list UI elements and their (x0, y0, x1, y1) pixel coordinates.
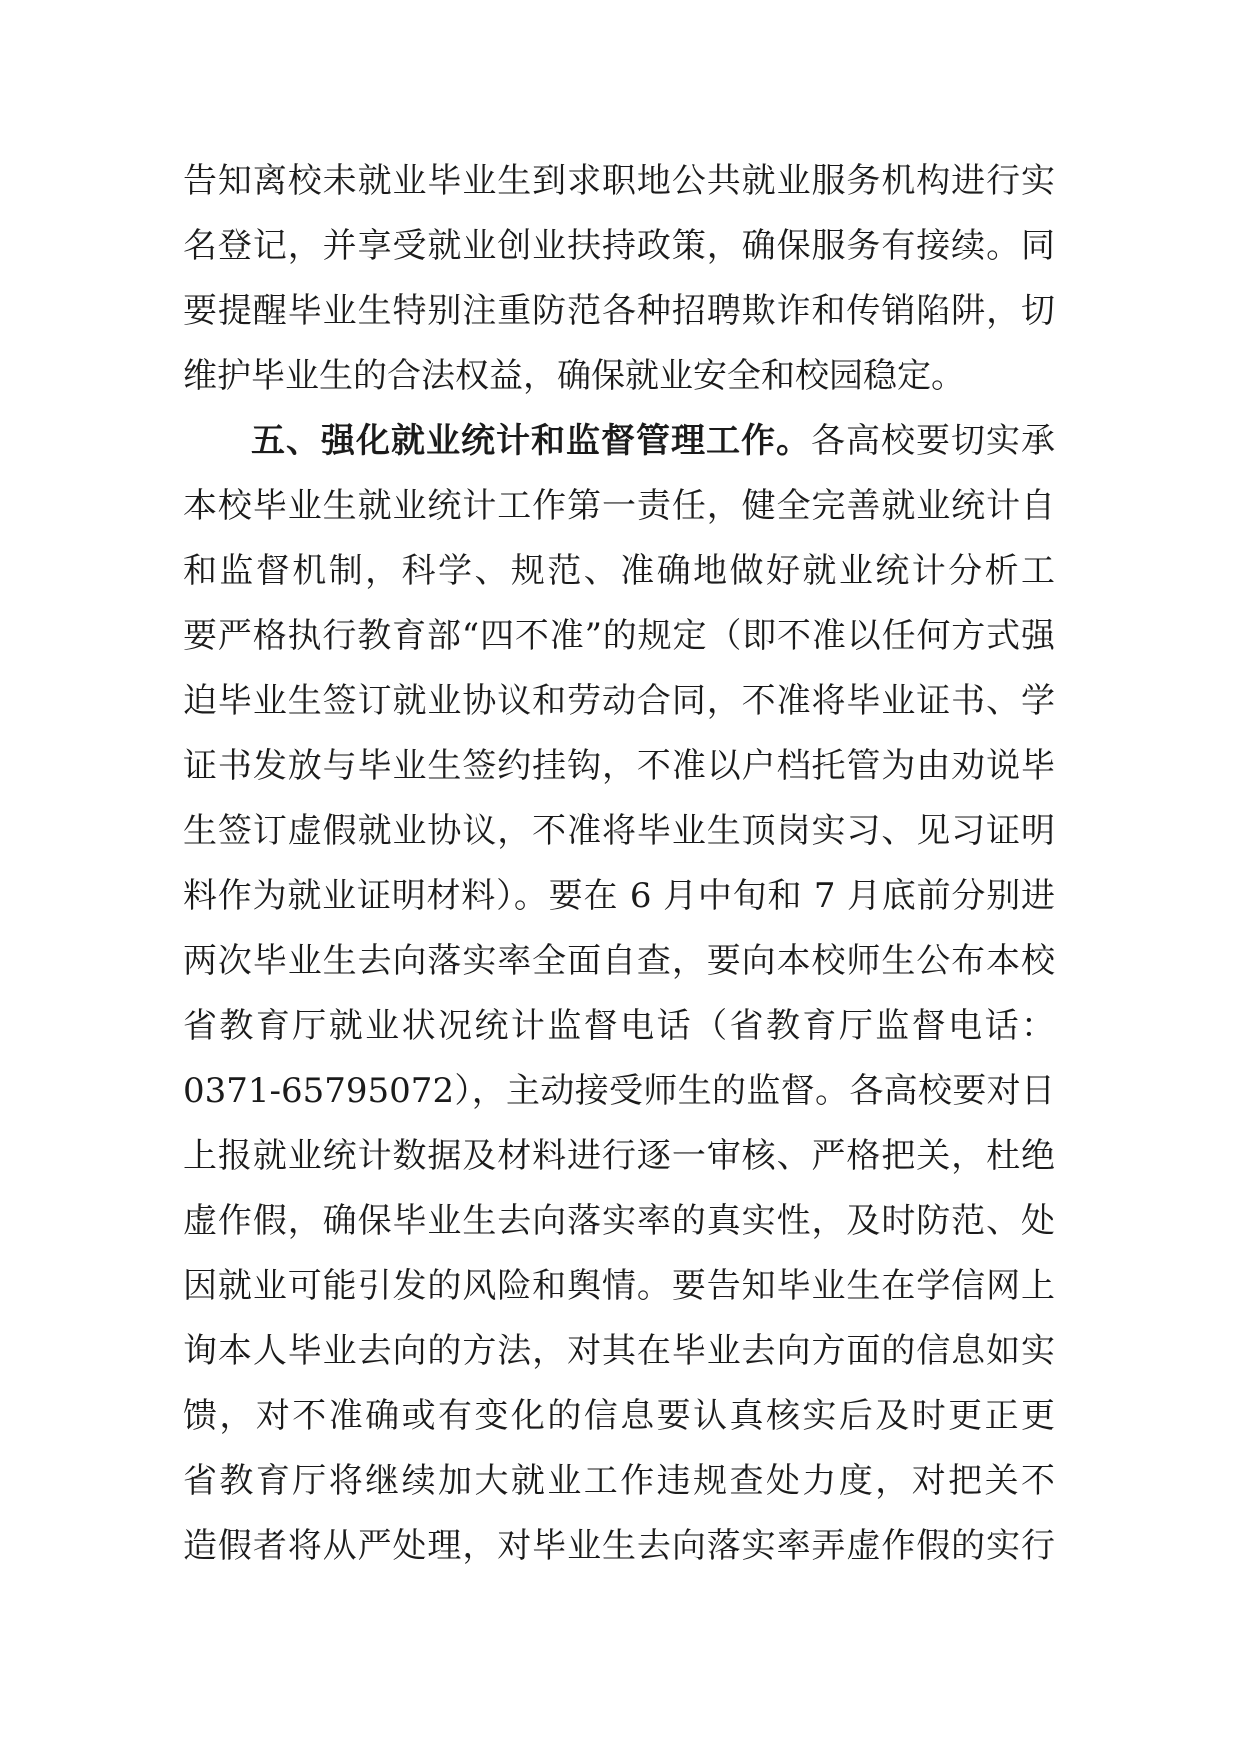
text-line: 要严格执行教育部“四不准”的规定（即不准以任何方式强 (183, 604, 1055, 669)
document-page: 告知离校未就业毕业生到求职地公共就业服务机构进行实 名登记，并享受就业创业扶持政… (0, 0, 1241, 1754)
text-line: 迫毕业生签订就业协议和劳动合同，不准将毕业证书、学位 (183, 669, 1055, 734)
paragraph-section-5: 五、强化就业统计和监督管理工作。各高校要切实承担 本校毕业生就业统计工作第一责任… (183, 409, 1055, 1579)
section-heading: 五、强化就业统计和监督管理工作。 (251, 421, 811, 461)
text-line: 两次毕业生去向落实率全面自查，要向本校师生公布本校和 (183, 929, 1055, 994)
paragraph-continuation: 告知离校未就业毕业生到求职地公共就业服务机构进行实 名登记，并享受就业创业扶持政… (183, 149, 1055, 409)
text-line: 0371-65795072），主动接受师生的监督。各高校要对日常 (183, 1059, 1055, 1124)
text-line: 询本人毕业去向的方法，对其在毕业去向方面的信息如实反 (183, 1319, 1055, 1384)
text-line: 馈，对不准确或有变化的信息要认真核实后及时更正更新。 (183, 1384, 1055, 1449)
section-heading-line: 五、强化就业统计和监督管理工作。各高校要切实承担 (183, 409, 1055, 474)
text-line: 要提醒毕业生特别注重防范各种招聘欺诈和传销陷阱，切实 (183, 279, 1055, 344)
document-body: 告知离校未就业毕业生到求职地公共就业服务机构进行实 名登记，并享受就业创业扶持政… (183, 149, 1055, 1579)
text-line: 因就业可能引发的风险和舆情。要告知毕业生在学信网上查 (183, 1254, 1055, 1319)
text-line: 名登记，并享受就业创业扶持政策，确保服务有接续。同时， (183, 214, 1055, 279)
text-line: 和监督机制，科学、规范、准确地做好就业统计分析工作。 (183, 539, 1055, 604)
text-line: 告知离校未就业毕业生到求职地公共就业服务机构进行实 (183, 149, 1055, 214)
text-line: 料作为就业证明材料）。要在 6 月中旬和 7 月底前分别进行 (183, 864, 1055, 929)
text-line: 省教育厅将继续加大就业工作违规查处力度，对把关不严、 (183, 1449, 1055, 1514)
text-line: 上报就业统计数据及材料进行逐一审核、严格把关，杜绝弄 (183, 1124, 1055, 1189)
text-line: 证书发放与毕业生签约挂钩，不准以户档托管为由劝说毕业 (183, 734, 1055, 799)
text-line: 本校毕业生就业统计工作第一责任，健全完善就业统计自查 (183, 474, 1055, 539)
text-line: 维护毕业生的合法权益，确保就业安全和校园稳定。 (183, 344, 1055, 409)
text-line: 造假者将从严处理，对毕业生去向落实率弄虚作假的实行 (183, 1514, 1055, 1579)
text-line: 省教育厅就业状况统计监督电话（省教育厅监督电话： (183, 994, 1055, 1059)
text-line: 虚作假，确保毕业生去向落实率的真实性，及时防范、处置 (183, 1189, 1055, 1254)
text-line: 生签订虚假就业协议，不准将毕业生顶岗实习、见习证明材 (183, 799, 1055, 864)
